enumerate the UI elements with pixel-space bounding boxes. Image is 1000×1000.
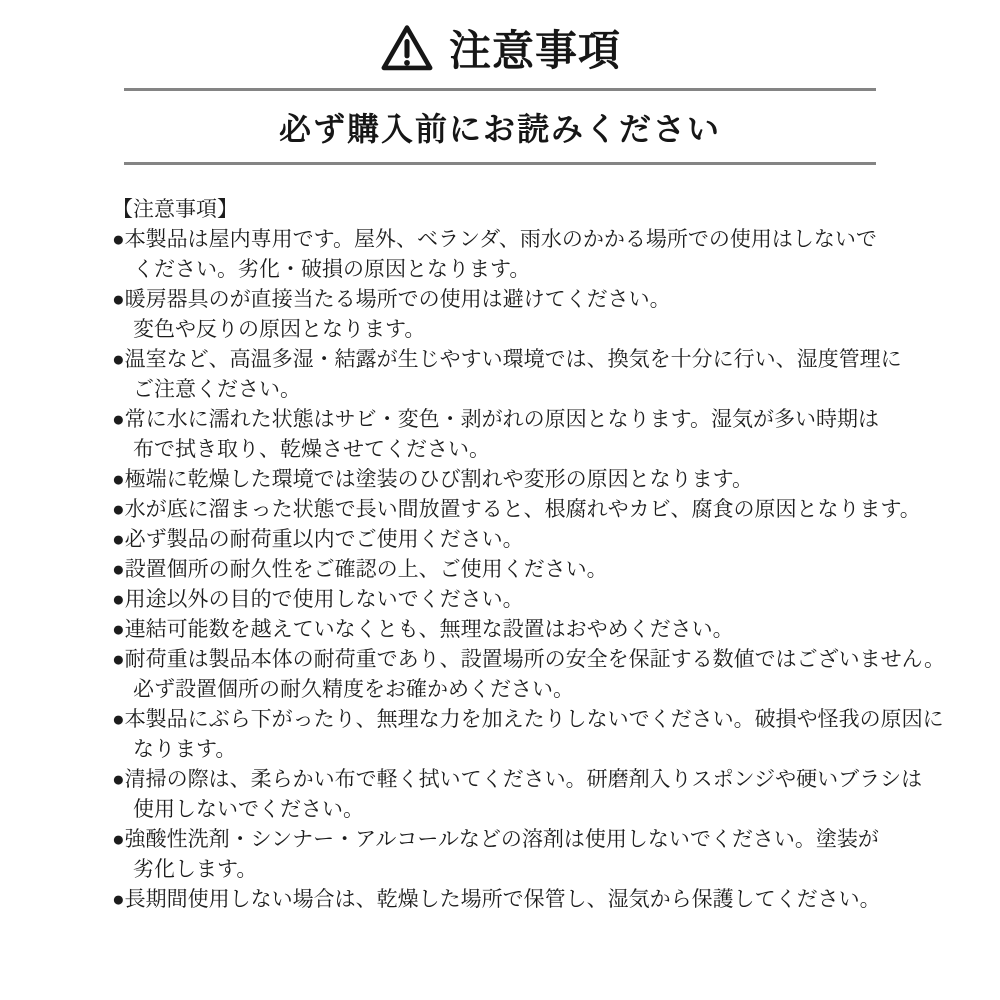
page-title: 注意事項	[449, 18, 621, 78]
caution-item: ●温室など、高温多湿・結露が生じやすい環境では、換気を十分に行い、湿度管理に	[112, 345, 900, 375]
section-label: 【注意事項】	[112, 195, 900, 225]
caution-item-continuation: 必ず設置個所の耐久精度をお確かめください。	[112, 675, 900, 705]
caution-item-continuation: なります。	[112, 735, 900, 765]
warning-triangle-icon	[379, 23, 435, 73]
caution-item: ●長期間使用しない場合は、乾燥した場所で保管し、湿気から保護してください。	[112, 885, 900, 915]
caution-item-continuation: 劣化します。	[112, 855, 900, 885]
caution-item: ●連結可能数を越えていなくとも、無理な設置はおやめください。	[112, 615, 900, 645]
notice-header: 注意事項 必ず購入前にお読みください	[0, 0, 1000, 165]
caution-item: ●清掃の際は、柔らかい布で軽く拭いてください。研磨剤入りスポンジや硬いブラシは	[112, 765, 900, 795]
caution-item: ●強酸性洗剤・シンナー・アルコールなどの溶剤は使用しないでください。塗装が	[112, 825, 900, 855]
caution-item: ●本製品にぶら下がったり、無理な力を加えたりしないでください。破損や怪我の原因に	[112, 705, 900, 735]
caution-item-continuation: 変色や反りの原因となります。	[112, 315, 900, 345]
caution-item-continuation: ください。劣化・破損の原因となります。	[112, 255, 900, 285]
caution-notice-page: 注意事項 必ず購入前にお読みください 【注意事項】 ●本製品は屋内専用です。屋外…	[0, 0, 1000, 1000]
notice-subtitle: 必ず購入前にお読みください	[0, 91, 1000, 162]
caution-item: ●設置個所の耐久性をご確認の上、ご使用ください。	[112, 555, 900, 585]
caution-item: ●暖房器具のが直接当たる場所での使用は避けてください。	[112, 285, 900, 315]
caution-item: ●極端に乾燥した環境では塗装のひび割れや変形の原因となります。	[112, 465, 900, 495]
title-row: 注意事項	[0, 22, 1000, 74]
caution-item-continuation: ご注意ください。	[112, 375, 900, 405]
caution-item: ●耐荷重は製品本体の耐荷重であり、設置場所の安全を保証する数値ではございません。	[112, 645, 900, 675]
caution-item-continuation: 使用しないでください。	[112, 795, 900, 825]
caution-item-continuation: 布で拭き取り、乾燥させてください。	[112, 435, 900, 465]
divider-bottom	[124, 162, 876, 165]
caution-item: ●用途以外の目的で使用しないでください。	[112, 585, 900, 615]
caution-list: ●本製品は屋内専用です。屋外、ベランダ、雨水のかかる場所での使用はしないでくださ…	[112, 225, 900, 915]
caution-content: 【注意事項】 ●本製品は屋内専用です。屋外、ベランダ、雨水のかかる場所での使用は…	[112, 195, 900, 915]
caution-item: ●必ず製品の耐荷重以内でご使用ください。	[112, 525, 900, 555]
caution-item: ●常に水に濡れた状態はサビ・変色・剥がれの原因となります。湿気が多い時期は	[112, 405, 900, 435]
caution-item: ●水が底に溜まった状態で長い間放置すると、根腐れやカビ、腐食の原因となります。	[112, 495, 900, 525]
caution-item: ●本製品は屋内専用です。屋外、ベランダ、雨水のかかる場所での使用はしないで	[112, 225, 900, 255]
